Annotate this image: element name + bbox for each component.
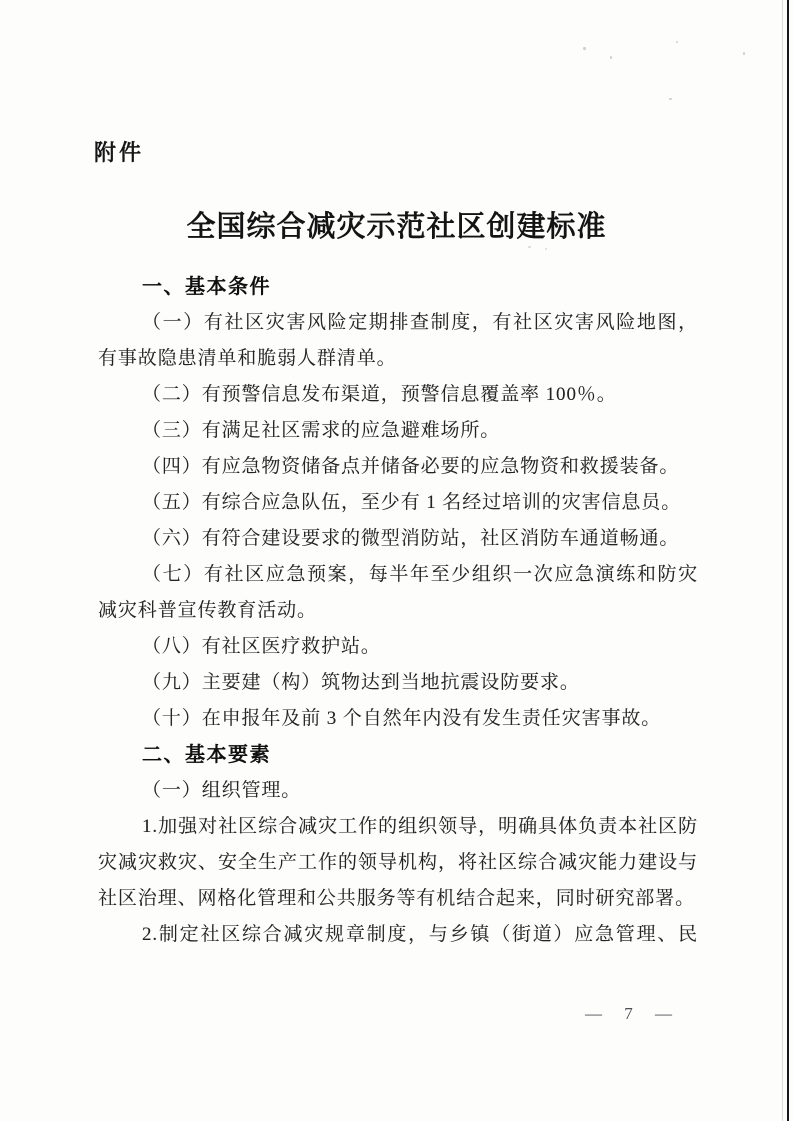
basic-condition-item-5: （五）有综合应急队伍，至少有 1 名经过培训的灾害信息员。 (98, 485, 698, 521)
scanned-document-page: 附件 全国综合减灾示范社区创建标准 一、基本条件 （一）有社区灾害风险定期排查制… (0, 0, 793, 1121)
attachment-label: 附件 (94, 136, 144, 167)
scan-edge-soft-line (782, 0, 783, 1121)
page-number: — 7 — (585, 1004, 674, 1024)
basic-condition-item-7: （七）有社区应急预案，每半年至少组织一次应急演练和防灾减灾科普宣传教育活动。 (98, 557, 698, 629)
organization-management-para-1: 1.加强对社区综合减灾工作的组织领导，明确具体负责本社区防灾减灾救灾、安全生产工… (98, 809, 698, 917)
basic-condition-item-9: （九）主要建（构）筑物达到当地抗震设防要求。 (98, 665, 698, 701)
scan-speck (528, 246, 531, 248)
organization-management-para-2: 2.制定社区综合减灾规章制度，与乡镇（街道）应急管理、民 (98, 917, 698, 953)
basic-condition-item-2: （二）有预警信息发布渠道，预警信息覆盖率 100％。 (98, 377, 698, 413)
basic-condition-item-1: （一）有社区灾害风险定期排查制度，有社区灾害风险地图，有事故隐患清单和脆弱人群清… (98, 305, 698, 377)
document-title: 全国综合减灾示范社区创建标准 (0, 204, 793, 245)
basic-element-subheading-1: （一）组织管理。 (98, 773, 698, 809)
document-body: 一、基本条件 （一）有社区灾害风险定期排查制度，有社区灾害风险地图，有事故隐患清… (98, 269, 698, 953)
scan-speck (676, 41, 678, 43)
section-1-heading: 一、基本条件 (98, 269, 698, 305)
scan-speck (669, 98, 672, 100)
basic-condition-item-8: （八）有社区医疗救护站。 (98, 629, 698, 665)
basic-condition-item-6: （六）有符合建设要求的微型消防站，社区消防车通道畅通。 (98, 521, 698, 557)
scan-speck (583, 47, 586, 50)
scan-speck (743, 52, 745, 55)
section-2-heading: 二、基本要素 (98, 737, 698, 773)
basic-condition-item-3: （三）有满足社区需求的应急避难场所。 (98, 413, 698, 449)
scan-speck (610, 56, 612, 59)
scan-edge-dark-line (787, 0, 789, 1121)
basic-condition-item-10: （十）在申报年及前 3 个自然年内没有发生责任灾害事故。 (98, 701, 698, 737)
scan-speck (545, 248, 547, 250)
basic-condition-item-4: （四）有应急物资储备点并储备必要的应急物资和救援装备。 (98, 449, 698, 485)
